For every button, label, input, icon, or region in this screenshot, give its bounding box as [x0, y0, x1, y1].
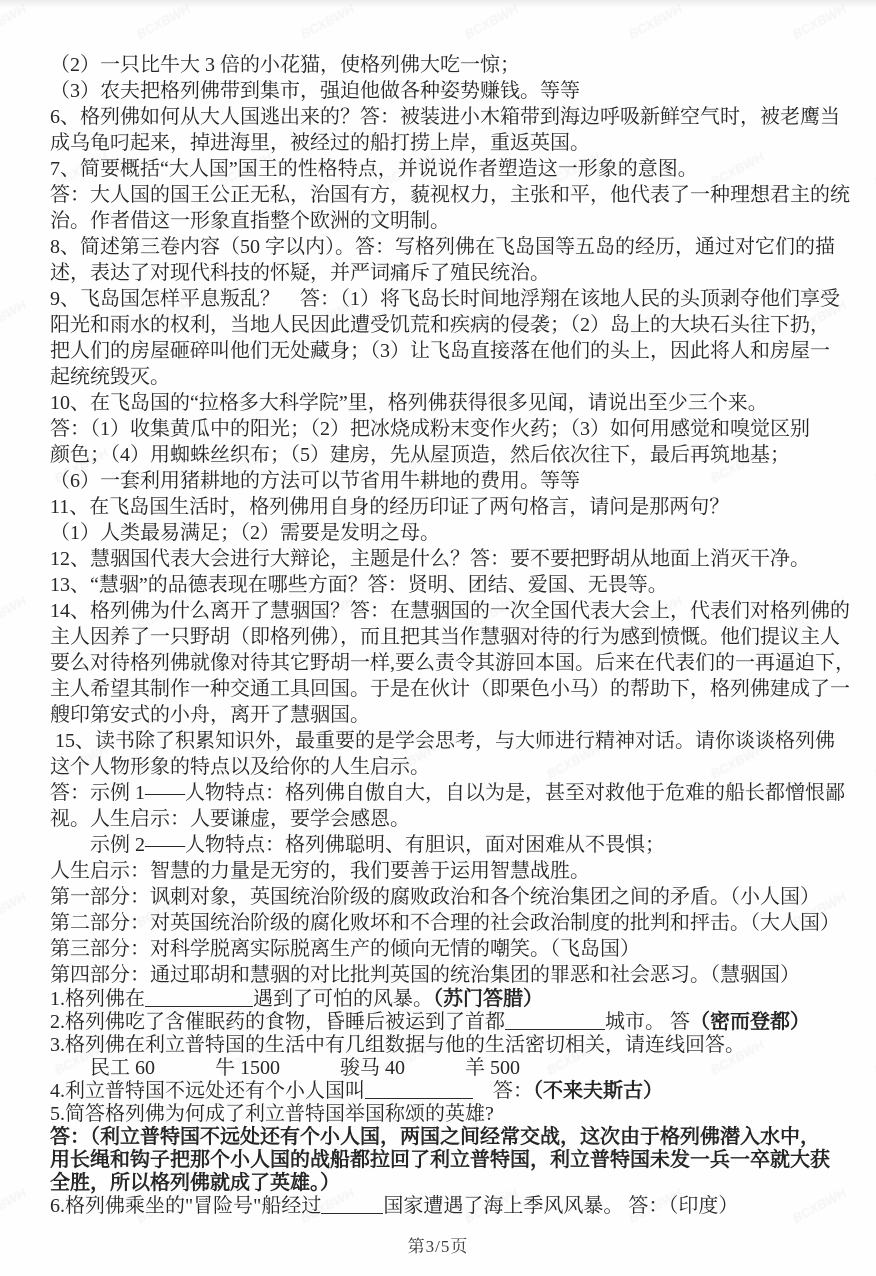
watermark-mark: BCXBWH — [0, 1, 29, 42]
text-line: 9、飞岛国怎样平息叛乱？ 答：（1）将飞岛长时间地浮翔在该地人民的头顶剥夺他们享… — [50, 286, 840, 312]
question-text: 3.格列佛在利立普特国的生活中有几组数据与他的生活密切相关，请连线回答。 — [50, 1034, 745, 1056]
question-text: 城市。 答 — [605, 1011, 690, 1033]
text-line: 答：（1）收集黄瓜中的阳光；（2）把冰烧成粉末变作火药；（3）如何用感觉和嗅觉区… — [50, 416, 840, 442]
text-line: 第三部分：对科学脱离实际脱离生产的倾向无情的嘲笑。（飞岛国） — [50, 936, 840, 962]
text-line: 把人们的房屋砸碎叫他们无处藏身；（3）让飞岛直接落在他们的头上，因此将人和房屋一 — [50, 338, 840, 364]
text-line: 12、慧骃国代表大会进行大辩论，主题是什么？答：要不要把野胡从地面上消灭干净。 — [50, 546, 840, 572]
text-line: 答：大人国的国王公正无私，治国有方，藐视权力，主张和平，他代表了一种理想君主的统 — [50, 182, 840, 208]
text-line: （6）一套利用猪耕地的方法可以节省用牛耕地的费用。等等 — [50, 468, 840, 494]
text-line: 15、读书除了积累知识外，最重要的是学会思考，与大师进行精神对话。请你谈谈格列佛 — [50, 728, 840, 754]
watermark-mark: BCXBWH — [462, 1, 521, 42]
text-line: 5.简答格列佛为何成了利立普特国举国称颂的英雄? — [50, 1103, 840, 1126]
watermark-mark: BCXBWH — [0, 297, 29, 338]
text-line: 7、简要概括“大人国”国王的性格特点，并说说作者塑造这一形象的意图。 — [50, 156, 840, 182]
fill-blank — [145, 992, 253, 1007]
watermark-mark: BCXBWH — [0, 889, 29, 930]
watermark-mark: BCXBWH — [134, 1, 193, 42]
text-line: （3）农夫把格列佛带到集市，强迫他做各种姿势赚钱。等等 — [50, 78, 840, 104]
text-line: 视。人生启示：人要谦虚，要学会感恩。 — [50, 806, 840, 832]
text-line: 6、格列佛如何从大人国逃出来的？答：被装进小木箱带到海边呼吸新鲜空气时，被老鹰当 — [50, 104, 840, 130]
page-number: 第3/5页 — [0, 1232, 876, 1257]
text-line: 用长绳和钩子把那个小人国的战船都拉回了利立普特国，利立普特国未发一兵一卒就大获 — [50, 1149, 840, 1172]
text-line: 13、“慧骃”的品德表现在哪些方面？答：贤明、团结、爱国、无畏等。 — [50, 572, 840, 598]
text-line: 全胜，所以格列佛就成了英雄。） — [50, 1172, 840, 1195]
question-text: 遇到了可怕的风暴。 — [253, 988, 433, 1010]
text-line: （1）人类最易满足；（2）需要是发明之母。 — [50, 520, 840, 546]
question-text: 6.格列佛乘坐的"冒险号"船经过 — [50, 1195, 321, 1217]
text-line: 治。作者借这一形象直指整个欧洲的文明制。 — [50, 208, 840, 234]
text-line: 11、在飞岛国生活时，格列佛用自身的经历印证了两句格言，请问是那两句？ — [50, 494, 840, 520]
watermark-mark: BCXBWH — [0, 1185, 29, 1226]
watermark-mark: BCXBWH — [626, 1, 685, 42]
watermark-mark: BCXBWH — [872, 1037, 876, 1078]
answer-text: （密而登都） — [690, 1011, 810, 1033]
answer-text: （苏门答腊） — [433, 988, 543, 1010]
text-line: 答：（利立普特国不远处还有个小人国，两国之间经常交战，这次由于格列佛潜入水中， — [50, 1126, 840, 1149]
text-line: 人生启示：智慧的力量是无穷的，我们要善于运用智慧战胜。 — [50, 858, 840, 884]
text-line: 4.利立普特国不远处还有个小人国叫 答：（不来夫斯古） — [50, 1080, 840, 1103]
text-line: 第二部分：对英国统治阶级的腐化败坏和不合理的社会政治制度的批判和抨击。（大人国） — [50, 910, 840, 936]
document-body: （2）一只比牛大 3 倍的小花猫，使格列佛大吃一惊；（3）农夫把格列佛带到集市，… — [50, 52, 840, 1218]
question-text: 民工 60 牛 1500 骏马 40 羊 500 — [50, 1057, 520, 1079]
text-line: 第四部分：通过耶胡和慧骃的对比批判英国的统治集团的罪恶和社会恶习。（慧骃国） — [50, 962, 840, 988]
text-line: 6.格列佛乘坐的"冒险号"船经过国家遭遇了海上季风风暴。 答：（印度） — [50, 1195, 840, 1218]
text-line: 要么对待格列佛就像对待其它野胡一样,要么责令其游回本国。后来在代表们的一再逼迫下… — [50, 650, 840, 676]
text-line: 这个人物形象的特点以及给你的人生启示。 — [50, 754, 840, 780]
question-text: 1.格列佛在 — [50, 988, 145, 1010]
watermark-mark: BCXBWH — [298, 1, 357, 42]
text-line: （2）一只比牛大 3 倍的小花猫，使格列佛大吃一惊； — [50, 52, 840, 78]
text-line: 示例 2——人物特点：格列佛聪明、有胆识，面对困难从不畏惧； — [50, 832, 840, 858]
text-line: 主人希望其制作一种交通工具回国。于是在伙计（即栗色小马）的帮助下，格列佛建成了一 — [50, 676, 840, 702]
text-line: 10、在飞岛国的“拉格多大科学院”里，格列佛获得很多见闻，请说出至少三个来。 — [50, 390, 840, 416]
watermark-mark: BCXBWH — [790, 1, 849, 42]
text-line: 民工 60 牛 1500 骏马 40 羊 500 — [50, 1057, 840, 1080]
text-line: 3.格列佛在利立普特国的生活中有几组数据与他的生活密切相关，请连线回答。 — [50, 1034, 840, 1057]
question-text: 4.利立普特国不远处还有个小人国叫 — [50, 1080, 365, 1102]
fill-blank — [365, 1084, 473, 1099]
text-line: 14、格列佛为什么离开了慧骃国？答：在慧骃国的一次全国代表大会上，代表们对格列佛… — [50, 598, 840, 624]
text-line: 1.格列佛在遇到了可怕的风暴。（苏门答腊） — [50, 988, 840, 1011]
question-text: 国家遭遇了海上季风风暴。 答：（印度） — [383, 1195, 738, 1217]
question-text: 答： — [473, 1080, 533, 1102]
text-line: 成乌龟叼起来，掉进海里，被经过的船打捞上岸，重返英国。 — [50, 130, 840, 156]
question-text: 2.格列佛吃了含催眠药的食物，昏睡后被运到了首都 — [50, 1011, 505, 1033]
text-line: 阳光和雨水的权利，当地人民因此遭受饥荒和疾病的侵袭；（2）岛上的大块石头往下扔， — [50, 312, 840, 338]
text-line: 主人因养了一只野胡（即格列佛），而且把其当作慧骃对待的行为感到愤慨。他们提议主人 — [50, 624, 840, 650]
watermark-mark: BCXBWH — [0, 593, 29, 634]
answer-text: 全胜，所以格列佛就成了英雄。） — [50, 1172, 340, 1194]
text-line: 答：示例 1——人物特点：格列佛自傲自大，自以为是，甚至对救他于危难的船长都憎恨… — [50, 780, 840, 806]
question-text: 5.简答格列佛为何成了利立普特国举国称颂的英雄? — [50, 1103, 494, 1125]
text-line: 颜色；（4）用蜘蛛丝织布；（5）建房，先从屋顶造，然后依次往下，最后再筑地基； — [50, 442, 840, 468]
watermark-mark: BCXBWH — [872, 741, 876, 782]
text-line: 起统统毁灭。 — [50, 364, 840, 390]
document-page: BCXBWHBCXBWHBCXBWHBCXBWHBCXBWHBCXBWHBCXB… — [0, 0, 876, 1276]
text-line: 述，表达了对现代科技的怀疑，并严词痛斥了殖民统治。 — [50, 260, 840, 286]
text-line: 艘印第安式的小舟，离开了慧骃国。 — [50, 702, 840, 728]
text-line: 2.格列佛吃了含催眠药的食物，昏睡后被运到了首都城市。 答（密而登都） — [50, 1011, 840, 1034]
answer-text: 用长绳和钩子把那个小人国的战船都拉回了利立普特国，利立普特国未发一兵一卒就大获 — [50, 1149, 830, 1171]
watermark-mark: BCXBWH — [872, 149, 876, 190]
text-line: 8、简述第三卷内容（50 字以内）。答：写格列佛在飞岛国等五岛的经历，通过对它们… — [50, 234, 840, 260]
watermark-mark: BCXBWH — [872, 445, 876, 486]
answer-text: （不来夫斯古） — [533, 1080, 663, 1102]
fill-blank — [321, 1199, 383, 1214]
text-line: 第一部分：讽刺对象，英国统治阶级的腐败政治和各个统治集团之间的矛盾。（小人国） — [50, 884, 840, 910]
fill-blank — [505, 1015, 605, 1030]
answer-text: 答：（利立普特国不远处还有个小人国，两国之间经常交战，这次由于格列佛潜入水中， — [50, 1126, 820, 1148]
